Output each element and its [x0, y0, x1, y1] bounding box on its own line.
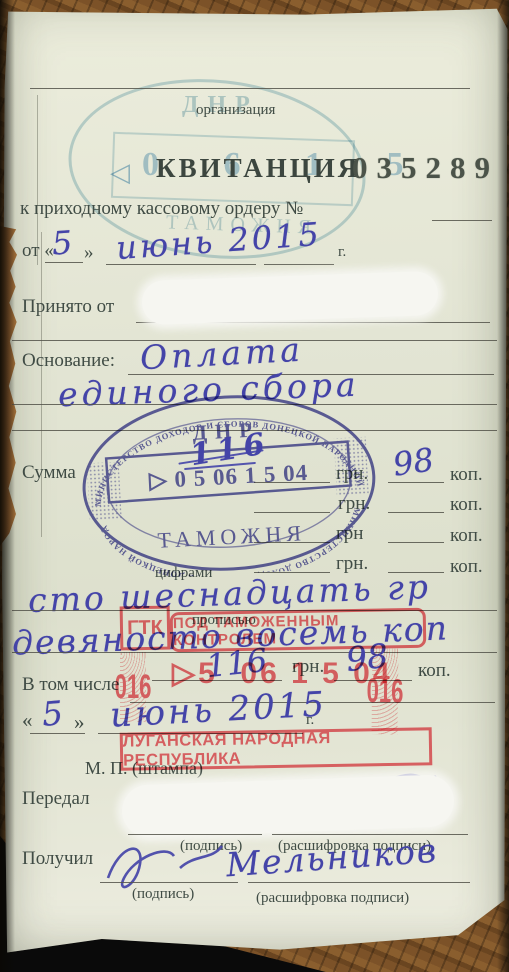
- ghost-stamp-arrow: ◁: [110, 158, 130, 188]
- red-stamp-left-code: 016: [120, 652, 146, 722]
- oval-stamp-customs: ТАМОЖНЯ: [157, 520, 307, 553]
- received-from-caption: Принято от: [22, 296, 114, 318]
- handed-caption: Передал: [22, 788, 90, 810]
- paper-crease: [41, 232, 42, 537]
- photo-of-receipt: ДНР ◁ 0 6 1 5 ТАМОЖНЯ организация КВИТАН…: [0, 0, 509, 972]
- date-close-quote: »: [84, 242, 94, 264]
- date-year-line: [264, 264, 334, 265]
- received-name-line: [248, 882, 470, 883]
- sum-caption: Сумма: [22, 462, 76, 484]
- basis-caption: Основание:: [22, 350, 115, 372]
- including-caption: В том числе: [22, 674, 119, 696]
- received-name-caption: (расшифровка подписи): [256, 890, 409, 907]
- kop-label-4: коп.: [450, 556, 483, 578]
- date-month-line: [106, 264, 256, 265]
- received-signature-line: [100, 882, 238, 883]
- red-stamp-control-label: ПОД ТАМОЖЕННЫМ КОНТРОЛЕМ: [170, 608, 427, 652]
- red-stamp-right-code: 016: [372, 648, 399, 735]
- date-day-line: [45, 262, 83, 263]
- date-day-handwritten: 5: [51, 223, 74, 262]
- date-suffix: г.: [338, 244, 346, 261]
- receipt-serial-number: 035289: [352, 150, 499, 186]
- received-signature-caption: (подпись): [132, 886, 194, 903]
- red-stamp-gtk: ГТК: [120, 606, 171, 651]
- kop-line: [388, 542, 444, 543]
- date2-suffix: г.: [306, 712, 314, 729]
- kop-label-3: коп.: [450, 525, 483, 547]
- blue-oval-customs-stamp: МИНИСТЕРСТВО ДОХОДОВ И СБОРОВ ДОНЕЦКОЙ Н…: [73, 386, 384, 582]
- total-kop-caption: коп.: [418, 660, 451, 682]
- date2-close-quote: »: [74, 710, 85, 735]
- kop-label-1: коп.: [450, 464, 483, 486]
- red-stamp-republic: ЛУГАНСКАЯ НАРОДНАЯ РЕСПУБЛИКА: [120, 727, 433, 770]
- date2-day-handwritten: 5: [40, 693, 64, 734]
- order-number-line: [432, 220, 492, 221]
- received-caption: Получил: [22, 848, 93, 870]
- org-name-line: [30, 88, 470, 89]
- kop-line: [388, 512, 444, 513]
- sum-kop-handwritten: 98: [391, 440, 437, 483]
- red-stamp-date-code: ▷5 06 1 5 04: [172, 656, 393, 691]
- date2-open-quote: «: [22, 708, 33, 733]
- org-caption: организация: [196, 102, 275, 119]
- date-prefix: от «: [22, 240, 54, 262]
- order-caption: к приходному кассовому ордеру №: [20, 198, 303, 220]
- kop-label-2: коп.: [450, 494, 483, 516]
- receipt-title: КВИТАНЦИЯ: [156, 153, 360, 184]
- date2-day-line: [30, 733, 85, 734]
